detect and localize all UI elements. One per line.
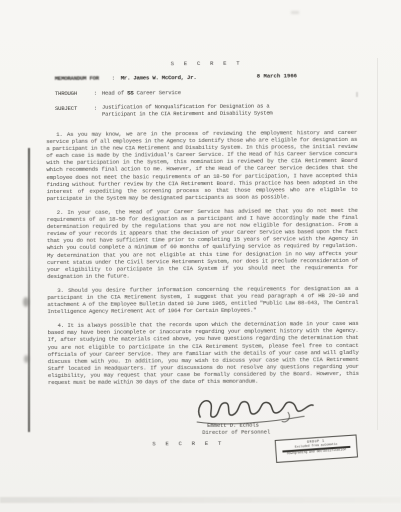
- signer-name: Emmett D. Echols: [207, 423, 259, 429]
- memo-body: 1. As you may know, we are in the proces…: [46, 129, 359, 393]
- through-colon: :: [94, 90, 97, 97]
- subject-label: SUBJECT: [55, 105, 77, 112]
- memo-content: S E C R E T MEMORANDUM FOR : Mr. James W…: [0, 0, 401, 512]
- paragraph-3: 3. Should you desire further information…: [47, 285, 358, 316]
- memo-date: 8 March 1966: [257, 72, 297, 79]
- subject-colon: :: [94, 105, 97, 112]
- classification-group-stamp: GROUP 1 Excluded from automatic downgrad…: [275, 434, 358, 463]
- through-label: THROUGH: [55, 90, 77, 97]
- through-value-post: Career Service: [137, 89, 181, 96]
- signer-title: Director of Personnel: [202, 430, 270, 436]
- paragraph-4: 4. It is always possible that the record…: [47, 320, 358, 386]
- classification-marking-top: S E C R E T: [171, 60, 243, 68]
- paragraph-1: 1. As you may know, we are in the proces…: [46, 129, 357, 202]
- memo-for-colon: :: [112, 75, 115, 82]
- scanned-memo-page: S E C R E T MEMORANDUM FOR : Mr. James W…: [0, 0, 401, 512]
- through-value-pre: Head of: [102, 90, 124, 97]
- recipient-name: Mr. James W. McCord, Jr.: [121, 74, 197, 82]
- through-value-bold: SS: [127, 89, 133, 96]
- subject-text: Justification of Nonqualification for De…: [102, 102, 298, 118]
- through-value: Head of SS Career Service: [102, 89, 181, 97]
- memo-for-label: MEMORANDUM FOR: [55, 75, 99, 82]
- paragraph-2: 2. In your case, the Head of your Career…: [47, 207, 358, 280]
- classification-marking-bottom: S E C R E T: [152, 440, 224, 448]
